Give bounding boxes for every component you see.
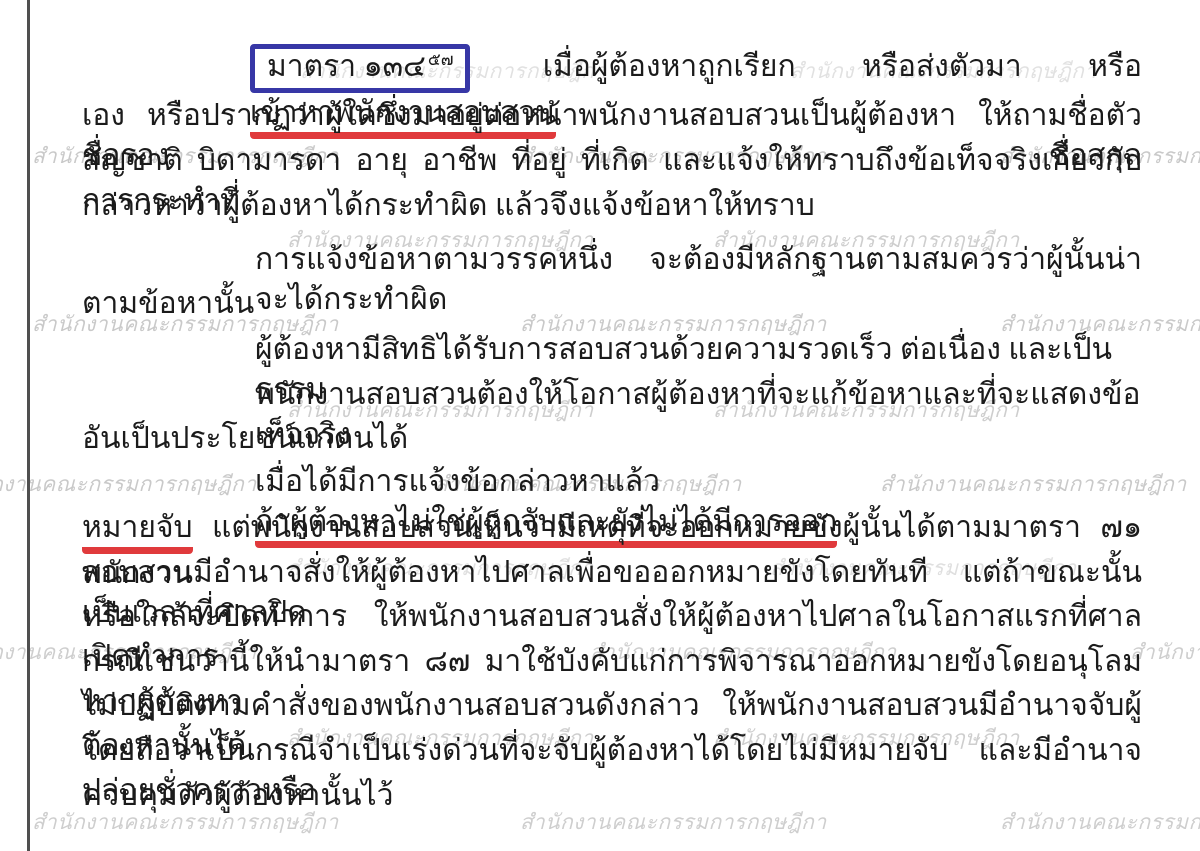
- highlight-underline: หมายจับ: [82, 508, 193, 554]
- text-segment: เมื่อผู้ต้องหาถูกเรียก หรือส่งตัวมา หรือ: [476, 50, 1142, 83]
- page-margin-rule: [27, 0, 30, 851]
- text-segment: ควบคุมตัวผู้ต้องหานั้นไว้: [82, 779, 393, 812]
- text-segment: อันเป็นประโยชน์แก่ตนได้: [82, 422, 408, 455]
- section-number-label: มาตรา ๑๓๔: [267, 50, 426, 83]
- watermark-text: สำนักงานคณะกรรมการกฤษฎีกา: [0, 468, 257, 501]
- text-line: กล่าวหาว่าผู้ต้องหาได้กระทำผิด แล้วจึงแจ…: [82, 186, 1142, 226]
- text-segment: เมื่อได้มีการแจ้งข้อกล่าวหาแล้ว: [255, 465, 660, 498]
- text-line: ตามข้อหานั้น: [82, 284, 1142, 324]
- text-line: ควบคุมตัวผู้ต้องหานั้นไว้: [82, 776, 1142, 816]
- document-page: สำนักงานคณะกรรมการกฤษฎีกาสำนักงานคณะกรรม…: [0, 0, 1200, 851]
- text-segment: กล่าวหาว่าผู้ต้องหาได้กระทำผิด แล้วจึงแจ…: [82, 189, 815, 222]
- section-number-box: มาตรา ๑๓๔๕๗: [250, 44, 470, 93]
- footnote-marker: ๕๗: [428, 50, 454, 69]
- text-line: อันเป็นประโยชน์แก่ตนได้: [82, 419, 1142, 459]
- text-segment: ตามข้อหานั้น: [82, 287, 254, 320]
